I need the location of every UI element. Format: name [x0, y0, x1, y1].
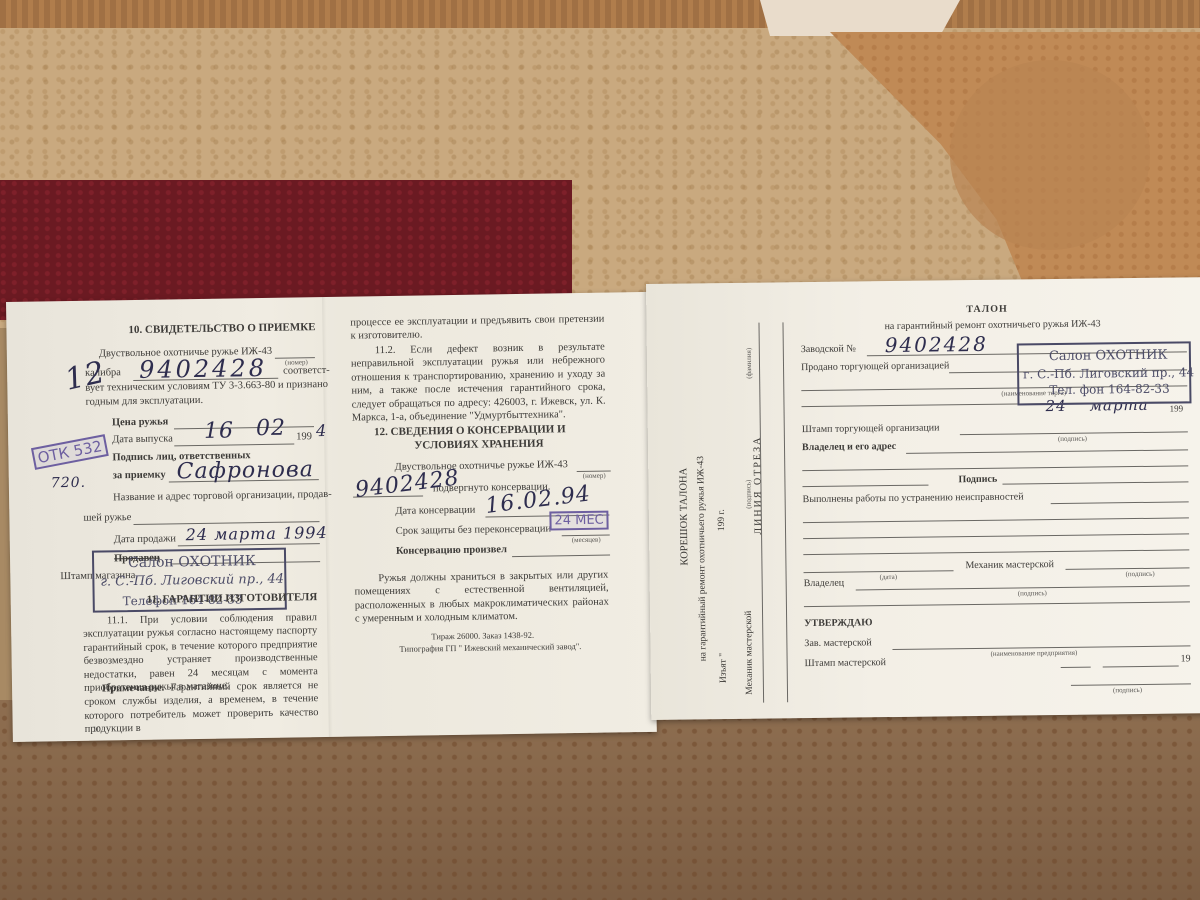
factory-number-label: Заводской №	[801, 343, 856, 356]
stub-year: 199 г.	[717, 509, 727, 531]
coupon-stamp-name: Салон ОХОТНИК	[1049, 348, 1168, 364]
printer-info: Типография ГП " Ижевский механический за…	[399, 641, 581, 654]
owner-signature-underline	[1002, 481, 1188, 484]
works-underline-2	[803, 517, 1189, 523]
owner-signature-hint: (подпись)	[1018, 589, 1047, 598]
coupon-mechanic-label: Механик мастерской	[965, 559, 1054, 572]
coupon-stamp-address: г. С.-Пб. Лиговский пр., 44	[1023, 365, 1194, 381]
print-run: Тираж 26000. Заказ 1438-92.	[431, 630, 534, 642]
owner-address-label: Владелец и его адрес	[802, 441, 896, 454]
trade-stamp-signature-hint: (подпись)	[1058, 435, 1087, 444]
handwritten-sale-date: 24 марта 1994	[186, 523, 328, 544]
performed-underline	[512, 555, 610, 558]
section11-title: 11. ГАРАНТИИ ИЗГОТОВИТЕЛЯ	[147, 591, 318, 607]
coupon-title: ТАЛОН	[966, 304, 1008, 317]
release-date-label: Дата выпуска	[112, 433, 173, 447]
mechanic-signature-hint: (подпись)	[1126, 570, 1155, 579]
section10-title: 10. СВИДЕТЕЛЬСТВО О ПРИЕМКЕ	[128, 321, 315, 337]
warranty-paragraph-11-2: 11.2. Если дефект возник в результате не…	[351, 341, 606, 425]
works-performed-label: Выполнены работы по устранению неисправн…	[803, 491, 1024, 506]
conservation-date-label: Дата консервации	[395, 505, 475, 519]
gun-passport-booklet: 10. СВИДЕТЕЛЬСТВО О ПРИЕМКЕ Двуствольное…	[6, 268, 1200, 743]
shop-stamp-name: Салон ОХОТНИК	[128, 553, 256, 571]
works-underline-3	[803, 533, 1189, 539]
owner-signature-underline-left	[802, 485, 928, 488]
date-hint: (дата)	[880, 573, 898, 582]
coupon-stamp-phone: Тел. фон 164-82-33	[1049, 382, 1170, 397]
stub-removed-label: Изъят "	[719, 653, 729, 683]
months-stamp: 24 МЕС	[549, 511, 608, 531]
warranty-note: Примечание. Гарантийный срок является не…	[84, 679, 319, 736]
coupon-subtitle: на гарантийный ремонт охотничьего ружья …	[884, 318, 1100, 333]
warranty-continued: процессе ее эксплуатации и предъявить св…	[350, 313, 604, 344]
factory-number-value: 9402428	[885, 332, 988, 357]
handwritten-release-year: 4	[316, 421, 327, 440]
release-year-prefix: 199	[296, 431, 312, 444]
trade-org-label-2: шей ружье	[83, 512, 131, 525]
protection-term-label: Срок защиты без переконсервации	[396, 523, 552, 538]
handwritten-serial: 9402428	[139, 354, 267, 384]
release-underline	[174, 443, 294, 446]
coupon-store-stamp: Салон ОХОТНИК г. С.-Пб. Лиговский пр., 4…	[1017, 341, 1192, 405]
shop-stamp-address: г. С.-Пб. Лиговский пр., 44	[100, 572, 284, 590]
handwritten-acceptance-signature: Сафронова	[176, 457, 314, 484]
approve-label: УТВЕРЖДАЮ	[804, 617, 873, 630]
carpet-white-patch	[760, 0, 960, 36]
coupon-year-prefix: 199	[1170, 403, 1184, 414]
conforms-text: соответст-	[283, 365, 330, 378]
sold-by-label: Продано торгующей организацией	[801, 360, 949, 374]
stub-subtitle: на гарантийный ремонт охотничьего ружья …	[696, 456, 709, 661]
stub-signature-hint: (подпись)	[744, 480, 752, 509]
price-underline	[174, 426, 314, 429]
trade-org-label-1: Название и адрес торговой организации, п…	[113, 489, 332, 505]
page-number: 10	[93, 725, 101, 735]
workshop-stamp-label: Штамп мастерской	[805, 657, 886, 670]
signature-label-2: за приемку	[113, 470, 166, 483]
warranty-coupon-spread: КОРЕШОК ТАЛОНА на гарантийный ремонт охо…	[646, 277, 1200, 720]
stub-surname-hint: (фамилия)	[745, 348, 753, 379]
stub-title: КОРЕШОК ТАЛОНА	[678, 468, 690, 566]
booklet-fold	[322, 297, 333, 737]
handwritten-release-month: 02	[256, 416, 286, 441]
trade-stamp-label: Штамп торгующей организации	[802, 422, 940, 436]
handwritten-release-day: 16	[204, 418, 234, 443]
mechanic-date-underline	[804, 570, 954, 573]
owner-address-underline-2	[802, 465, 1188, 471]
works-underline-4	[803, 549, 1189, 555]
price-label: Цена ружья	[112, 416, 169, 429]
works-underline-1	[1051, 501, 1189, 504]
sale-date-label: Дата продажи	[114, 533, 176, 547]
conservation-performed-label: Консервацию произвел	[396, 544, 507, 558]
stub-mechanic-label: Механик мастерской	[744, 611, 755, 695]
workshop-month-underline	[1103, 666, 1179, 668]
conservation-handwritten-serial: 9402428	[354, 466, 461, 503]
note-label: Примечание.	[102, 683, 164, 695]
owner-address-underline	[906, 449, 1188, 453]
cut-line-label: ЛИНИЯ ОТРЕЗА	[752, 436, 764, 535]
workshop-head-label: Зав. мастерской	[804, 637, 871, 650]
workshop-day-underline	[1061, 667, 1091, 668]
carpet-orange-circle	[950, 60, 1150, 250]
passport-left-spread: 10. СВИДЕТЕЛЬСТВО О ПРИЕМКЕ Двуствольное…	[6, 292, 657, 742]
conservation-number-hint: (номер)	[583, 472, 606, 481]
owner-underline-2	[804, 601, 1190, 607]
handwritten-otk-note: 720.	[51, 475, 86, 492]
owner-signature-label: Подпись	[958, 474, 997, 486]
cut-line	[782, 322, 788, 702]
months-hint: (месяцев)	[572, 536, 601, 545]
fit-for-use: годным для эксплуатации.	[85, 395, 203, 409]
otk-quality-stamp: ОТК 532	[31, 434, 109, 470]
enterprise-hint: (наименование предприятия)	[990, 649, 1077, 658]
owner-label: Владелец	[804, 578, 845, 590]
storage-conditions: Ружья должны храниться в закрытых или др…	[354, 569, 609, 627]
section12-title-2: УСЛОВИЯХ ХРАНЕНИЯ	[414, 438, 543, 453]
workshop-year-prefix: 19	[1181, 653, 1191, 665]
workshop-signature-hint: (подпись)	[1113, 686, 1142, 695]
